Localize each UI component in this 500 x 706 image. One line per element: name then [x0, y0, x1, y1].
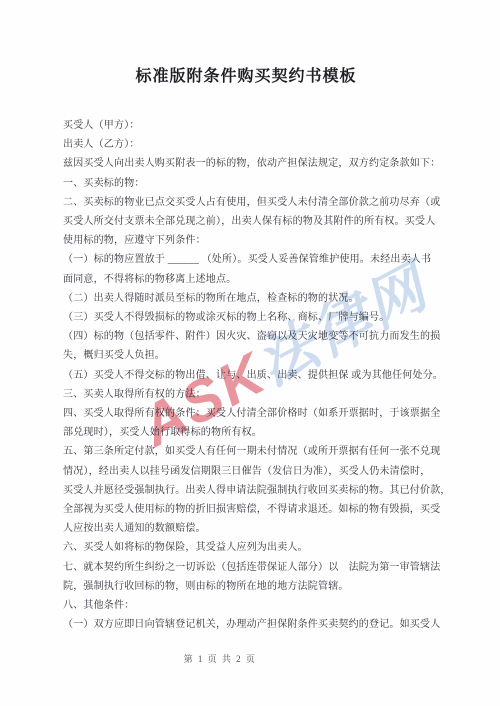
contract-line: 全部视为买受人使用标的物的折旧损害赔偿，不得请求退还。如标的物有毁损，买受: [63, 500, 453, 519]
contract-line: 四、买受人取得所有权的条件：买受人付清全部价格时（如系开票据时，于该票据全: [63, 404, 453, 423]
contract-line: 五、第三条所定付款，如买受人有任何一期未付情况（或所开票据有任何一张不兑现: [63, 442, 453, 461]
contract-line: （四）标的物（包括零件、附件）因火灾、盗窃以及天灾地变等不可抗力而发生的损: [63, 327, 453, 346]
contract-line: 情况），经出卖人以挂号函发信期限三日催告（发信日为准），买受人仍未清偿时，: [63, 462, 453, 481]
document-page: 标准版附条件购买契约书模板 ASK法律网 买受人（甲方）： 出卖人（乙方）： 兹…: [0, 0, 500, 706]
contract-line: 失，概归买受人负担。: [63, 346, 453, 365]
contract-line: 一、买卖标的物：: [63, 174, 453, 193]
contract-line: 部兑现时），买受人始行取得标的物所有权。: [63, 423, 453, 442]
contract-body: 买受人（甲方）： 出卖人（乙方）： 兹因买受人向出卖人购买附表一的标的物，依动产…: [63, 116, 453, 634]
contract-line: 七、就本契约所生纠纷之一切诉讼（包括连带保证人部分）以 法院为第一审管辖法: [63, 558, 453, 577]
contract-line: （一）双方应即日向管辖登记机关，办理动产担保附条件买卖契约的登记。如买受人: [63, 615, 453, 634]
contract-line: 买受人所交付支票未全部兑现之前），出卖人保有标的物及其附件的所有权。买受人: [63, 212, 453, 231]
contract-line: （三）买受人不得毁损标的物或涂灭标的物上名称、商标、厂牌与编号。: [63, 308, 453, 327]
contract-line: 二、买卖标的物业已点交买受人占有使用，但买受人未付清全部价款之前功尽弃（或: [63, 193, 453, 212]
page-number: 第 1 页 共 2 页: [0, 652, 440, 665]
contract-line: 人应按出卖人通知的数额赔偿。: [63, 519, 453, 538]
contract-line: 六、买受人如将标的物保险，其受益人应列为出卖人。: [63, 538, 453, 557]
contract-line: 兹因买受人向出卖人购买附表一的标的物，依动产担保法规定，双方约定条款如下：: [63, 154, 453, 173]
contract-line: 使用标的物，应遵守下列条件：: [63, 231, 453, 250]
contract-line: 院，强制执行收回标的物，则由标的物所在地的地方法院管辖。: [63, 577, 453, 596]
contract-line: 八、其他条件：: [63, 596, 453, 615]
contract-line: （五）买受人不得交标的物出借、让与、出质、出卖、提供担保 或为其他任何处分。: [63, 366, 453, 385]
contract-line: 出卖人（乙方）：: [63, 135, 453, 154]
contract-line: 面同意，不得将标的物移离上述地点。: [63, 270, 453, 289]
contract-line: 三、买卖人取得所有权的方法：: [63, 385, 453, 404]
document-title: 标准版附条件购买契约书模板: [0, 63, 492, 86]
contract-line: 买受人（甲方）：: [63, 116, 453, 135]
contract-line: （一）标的物应置放于 ______ （处所）。买受人妥善保管维护使用。未经出卖人…: [63, 250, 453, 269]
contract-line: （二）出卖人得随时派员至标的物所在地点，检查标的物的状况。: [63, 289, 453, 308]
contract-line: 买受人并愿径受强制执行。出卖人得申请法院强制执行收回买卖标的物。其已付价款，: [63, 481, 453, 500]
